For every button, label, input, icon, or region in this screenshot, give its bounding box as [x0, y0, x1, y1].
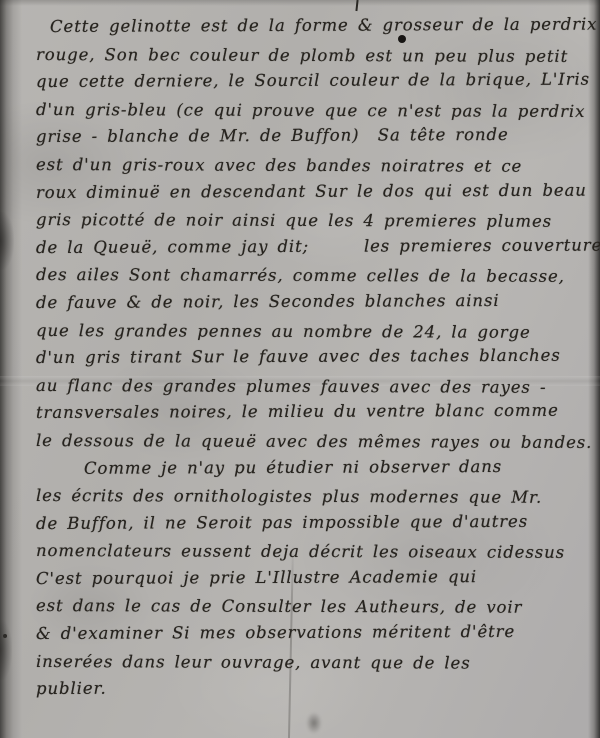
manuscript-line: de la Queuë, comme jay dit; les premiere…: [36, 231, 592, 261]
margin-ink-dot: [3, 634, 7, 638]
manuscript-line: publier.: [36, 673, 592, 703]
manuscript-line: de fauve & de noir, les Secondes blanche…: [36, 287, 592, 317]
page-top-edge-shadow: [0, 0, 600, 6]
left-edge-blotch: [0, 620, 12, 680]
manuscript-line: Comme je n'ay pu étudier ni observer dan…: [36, 452, 592, 482]
manuscript-line: C'est pourquoi je prie L'Illustre Academ…: [36, 562, 592, 592]
manuscript-page: Cette gelinotte est de la forme & grosse…: [0, 0, 600, 738]
manuscript-line: & d'examiner Si mes observations mériten…: [36, 618, 592, 648]
ink-smudge: [306, 712, 322, 734]
manuscript-line: que cette derniere, le Sourcil couleur d…: [36, 66, 592, 96]
manuscript-line: Cette gelinotte est de la forme & grosse…: [36, 11, 592, 41]
manuscript-text-block: Cette gelinotte est de la forme & grosse…: [36, 13, 592, 703]
manuscript-line: roux diminuë en descendant Sur le dos qu…: [36, 176, 592, 206]
manuscript-line: de Buffon, il ne Seroit pas impossible q…: [36, 507, 592, 537]
manuscript-line: d'un gris tirant Sur le fauve avec des t…: [36, 342, 592, 372]
manuscript-line: transversales noires, le milieu du ventr…: [36, 397, 592, 427]
manuscript-line: grise - blanche de Mr. de Buffon) Sa têt…: [36, 121, 592, 151]
left-edge-blotch: [0, 212, 14, 270]
